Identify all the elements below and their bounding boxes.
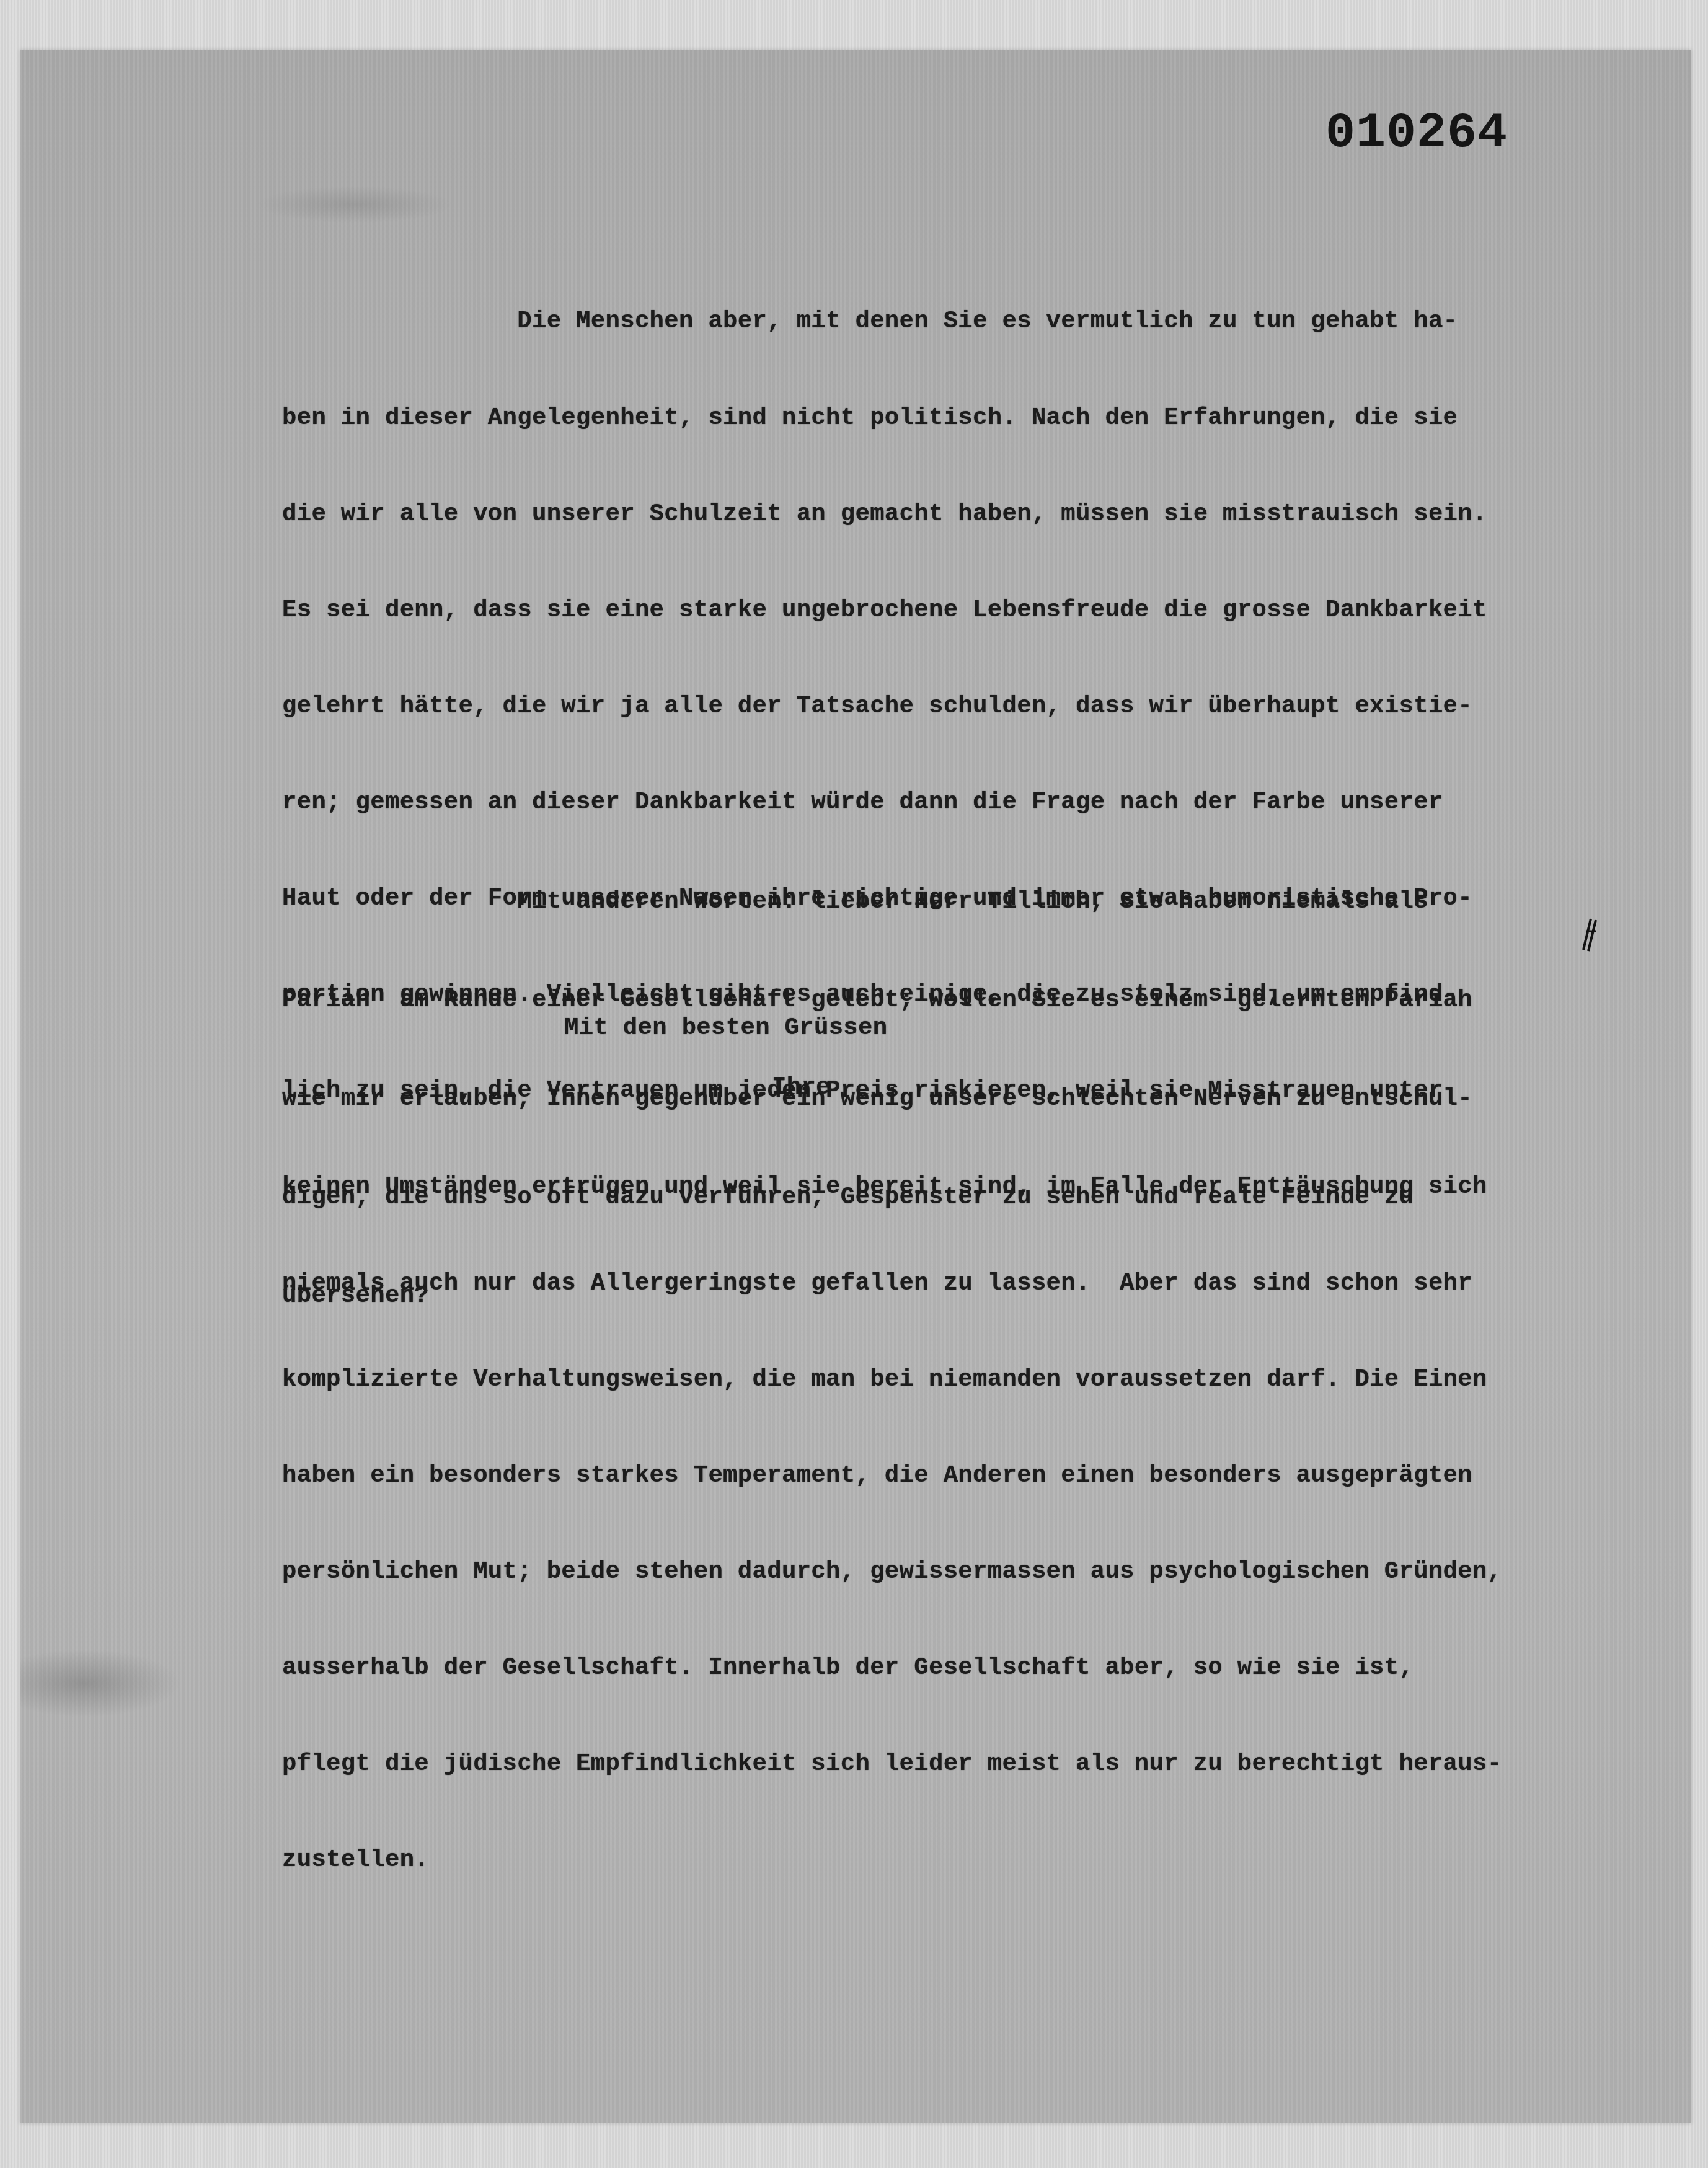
- strikeout-correction-icon: [1580, 915, 1598, 952]
- text-line: komplizierte Verhaltungsweisen, die man …: [282, 1364, 1502, 1396]
- text-line: ben in dieser Angelegenheit, sind nicht …: [282, 402, 1502, 435]
- closing-salutation: Mit den besten Grüssen: [564, 1014, 887, 1042]
- text-line: persönlichen Mut; beide stehen dadurch, …: [282, 1556, 1502, 1588]
- paragraph-2: Mit anderen Worten: lieber Herr Tillich,…: [282, 820, 1472, 1345]
- text-line: Mit anderen Worten: lieber Herr Tillich,…: [282, 885, 1472, 918]
- text-line: gelehrt hätte, die wir ja alle der Tatsa…: [282, 691, 1502, 723]
- text-line: digen, die uns so oft dazu verführen, Ge…: [282, 1181, 1472, 1214]
- text-line: haben ein besonders starkes Temperament,…: [282, 1460, 1502, 1492]
- text-line: ren; gemessen an dieser Dankbarkeit würd…: [282, 787, 1502, 819]
- archive-number: 010264: [1325, 109, 1508, 159]
- text-line: Es sei denn, dass sie eine starke ungebr…: [282, 595, 1502, 627]
- text-line: übersehen?: [282, 1280, 1472, 1312]
- text-line: ausserhalb der Gesellschaft. Innerhalb d…: [282, 1652, 1502, 1684]
- text-line: die wir alle von unserer Schulzeit an ge…: [282, 498, 1502, 531]
- text-line: Pariah am Rande einer Gesellschaft geleb…: [282, 984, 1472, 1017]
- text-line: pflegt die jüdische Empfindlichkeit sich…: [282, 1748, 1502, 1781]
- text-line: Die Menschen aber, mit denen Sie es verm…: [282, 306, 1502, 338]
- signature-line: Ihre: [772, 1074, 831, 1101]
- text-line: zustellen.: [282, 1844, 1502, 1877]
- text-line: wie mir erlauben, Ihnen gegenüber ein we…: [282, 1082, 1472, 1115]
